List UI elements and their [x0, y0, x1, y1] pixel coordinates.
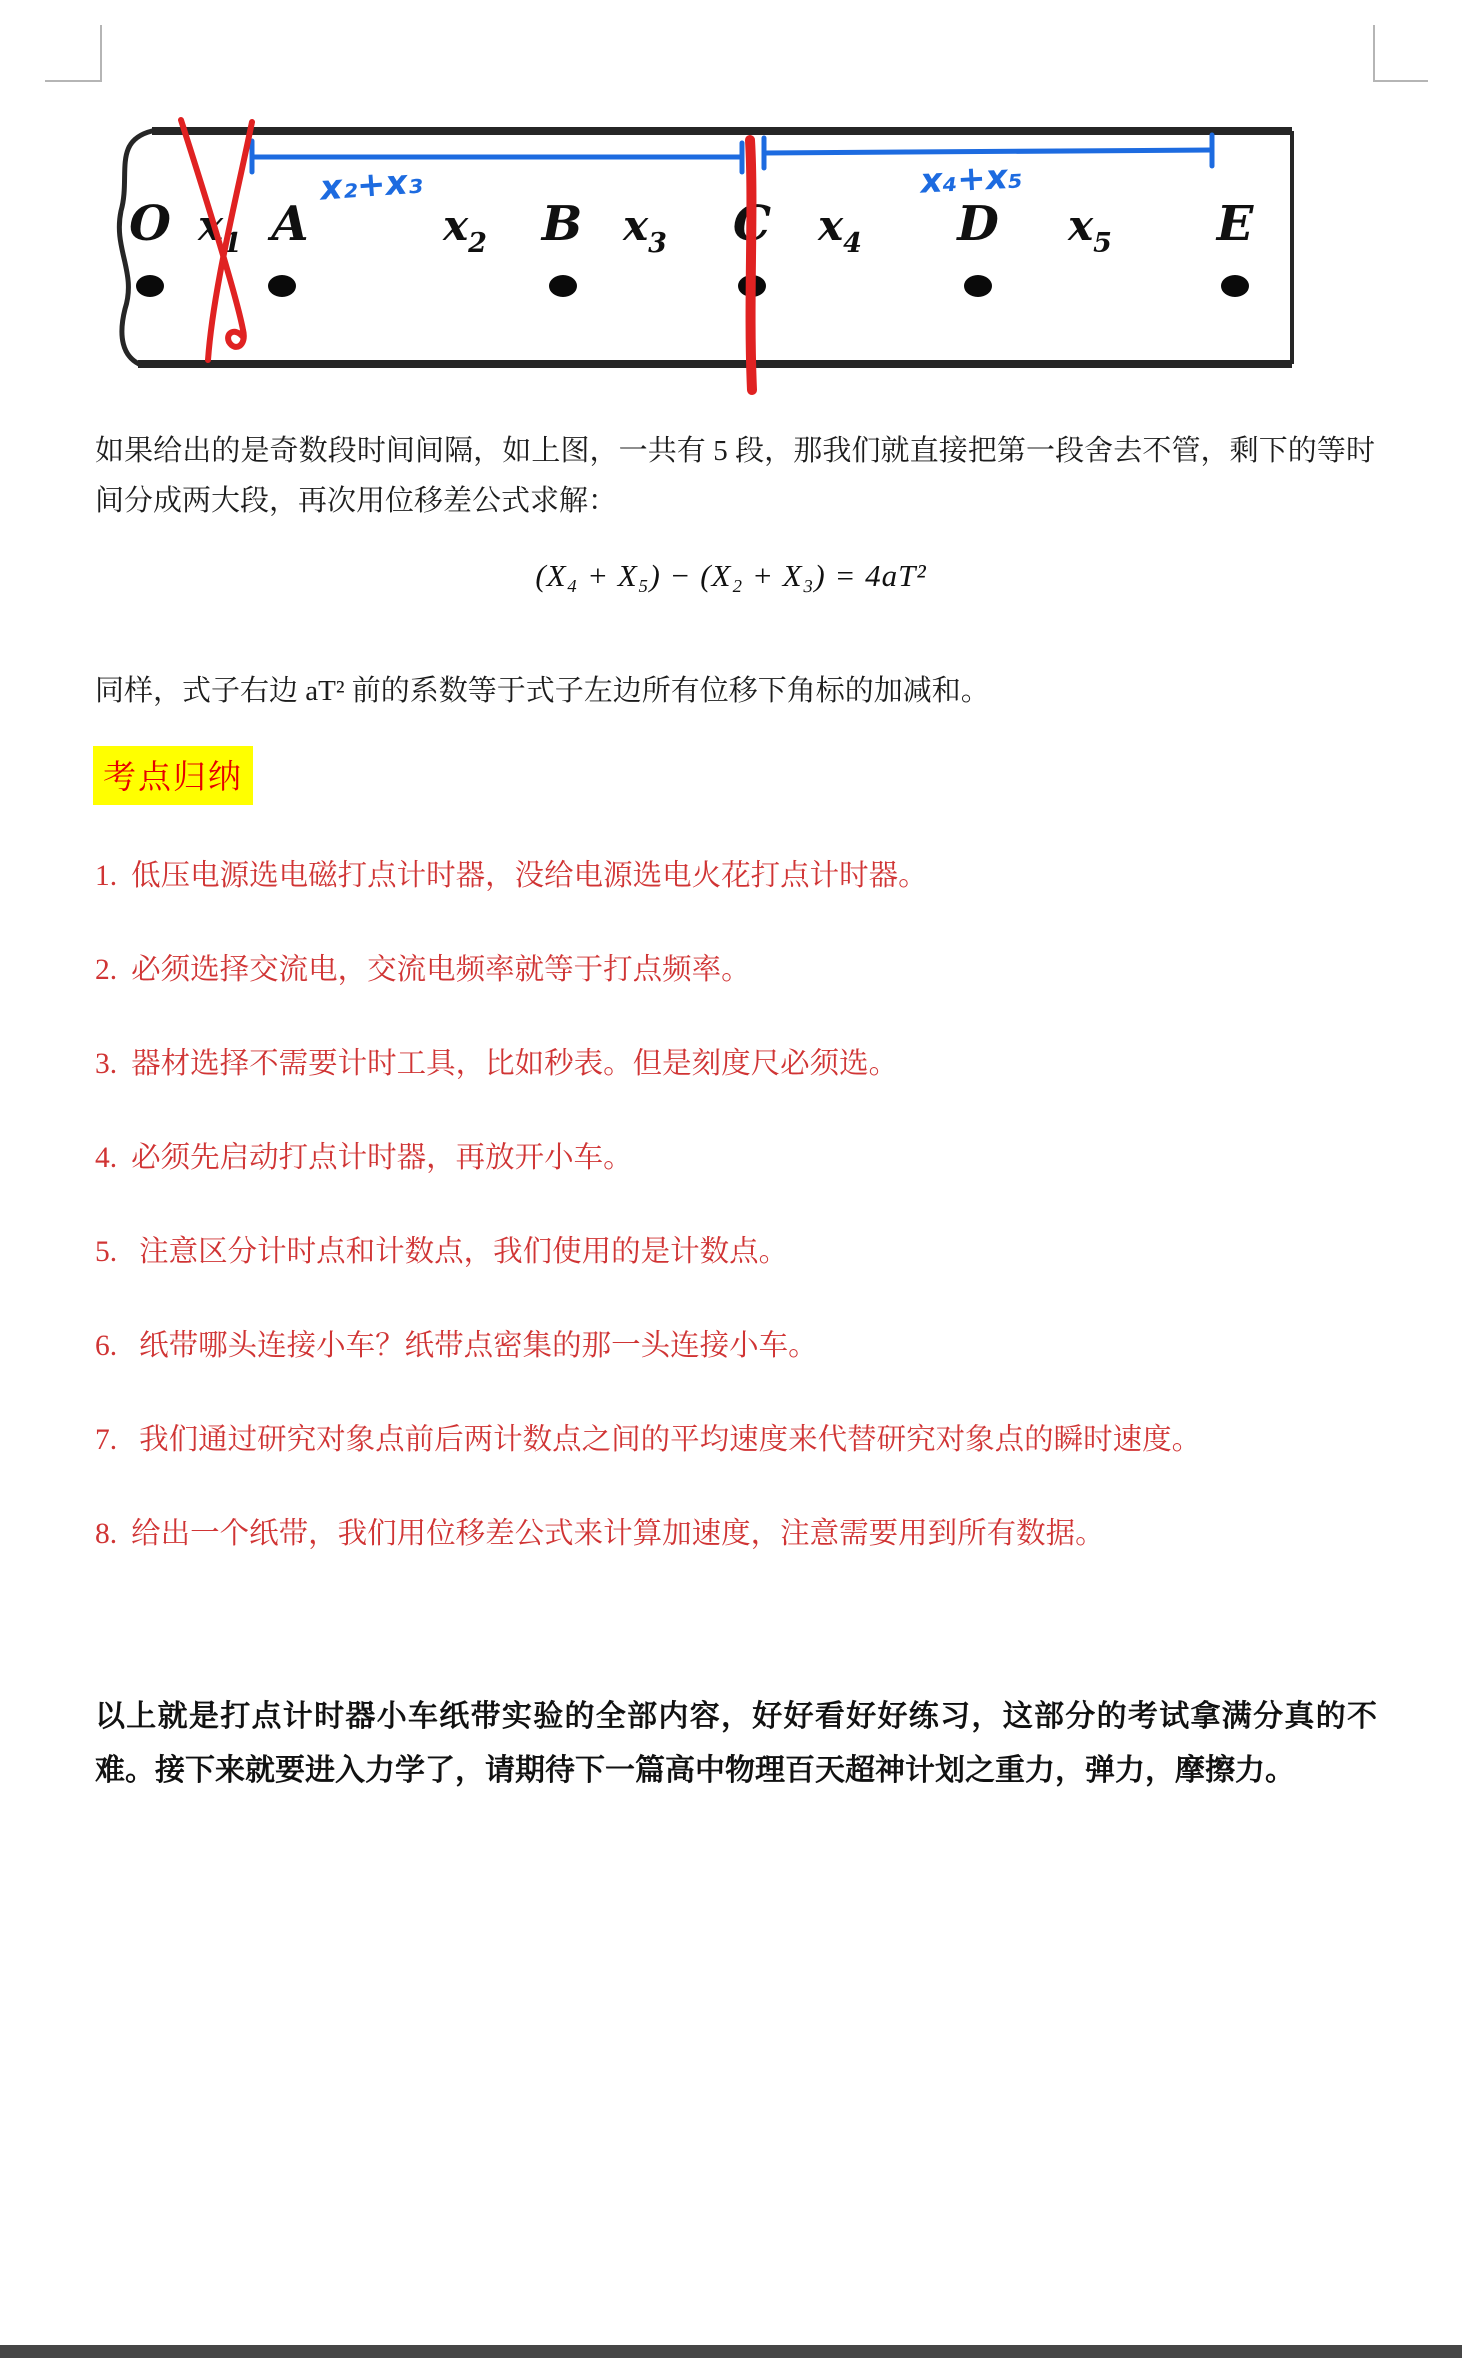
- list-item: 3. 器材选择不需要计时工具，比如秒表。但是刻度尺必须选。: [95, 1040, 1415, 1089]
- document-page: O x1 A x2 B x3 C x4 D x5 E: [0, 0, 1462, 2358]
- blue-bracket-right: [764, 150, 1212, 153]
- list-item: 4. 必须先启动打点计时器，再放开小车。: [95, 1134, 1415, 1183]
- list-item-text: 必须选择交流电，交流电频率就等于打点频率。: [131, 946, 751, 995]
- section-heading-key-points: 考点归纳: [93, 746, 253, 805]
- point-label-E: E: [1215, 196, 1255, 252]
- list-item-number: 7.: [95, 1416, 117, 1465]
- tape-dots: [136, 275, 1249, 297]
- bracket-label-x4-plus-x5: x₄+x₅: [917, 156, 1023, 201]
- list-item-number: 6.: [95, 1322, 117, 1371]
- paragraph-odd-segments: 如果给出的是奇数段时间间隔，如上图，一共有 5 段，那我们就直接把第一段舍去不管…: [95, 426, 1375, 526]
- interval-label-x4: x4: [817, 201, 862, 259]
- crop-mark-top-right: [1373, 25, 1430, 82]
- list-item-text: 纸带哪头连接小车？纸带点密集的那一头连接小车。: [139, 1322, 818, 1371]
- list-item-number: 2.: [95, 946, 117, 995]
- tape-dot: [268, 275, 296, 297]
- tape-dot: [136, 275, 164, 297]
- list-item-text: 我们通过研究对象点前后两计数点之间的平均速度来代替研究对象点的瞬时速度。: [139, 1416, 1201, 1465]
- list-item-number: 4.: [95, 1134, 117, 1183]
- tape-dot: [964, 275, 992, 297]
- displacement-formula: (X₄ + X₅) − (X₂ + X₃) = 4aT²: [0, 558, 1462, 594]
- list-item-text: 低压电源选电磁打点计时器，没给电源选电火花打点计时器。: [131, 852, 928, 901]
- interval-label-x5: x5: [1067, 201, 1112, 259]
- red-divider-line: [750, 140, 752, 390]
- list-item: 8. 给出一个纸带，我们用位移差公式来计算加速度，注意需要用到所有数据。: [95, 1510, 1415, 1559]
- closing-paragraph: 以上就是打点计时器小车纸带实验的全部内容，好好看好好练习，这部分的考试拿满分真的…: [95, 1690, 1377, 1798]
- key-points-list: 1. 低压电源选电磁打点计时器，没给电源选电火花打点计时器。 2. 必须选择交流…: [95, 852, 1415, 1604]
- list-item: 5. 注意区分计时点和计数点，我们使用的是计数点。: [95, 1228, 1415, 1277]
- list-item-text: 器材选择不需要计时工具，比如秒表。但是刻度尺必须选。: [131, 1040, 898, 1089]
- paper-tape-svg: O x1 A x2 B x3 C x4 D x5 E: [78, 63, 1313, 398]
- blue-bracket-labels: x₂+x₃ x₄+x₅: [317, 156, 1024, 208]
- list-item-text: 给出一个纸带，我们用位移差公式来计算加速度，注意需要用到所有数据。: [131, 1510, 1105, 1559]
- list-item: 2. 必须选择交流电，交流电频率就等于打点频率。: [95, 946, 1415, 995]
- point-label-O: O: [129, 196, 171, 252]
- page-bottom-bar: [0, 2345, 1462, 2358]
- paper-tape-figure: O x1 A x2 B x3 C x4 D x5 E: [78, 63, 1313, 398]
- tape-dot: [549, 275, 577, 297]
- point-label-B: B: [540, 196, 583, 252]
- list-item-number: 5.: [95, 1228, 117, 1277]
- list-item: 7. 我们通过研究对象点前后两计数点之间的平均速度来代替研究对象点的瞬时速度。: [95, 1416, 1415, 1465]
- interval-label-x2: x2: [442, 201, 487, 259]
- interval-label-x3: x3: [622, 201, 667, 259]
- list-item-text: 必须先启动打点计时器，再放开小车。: [131, 1134, 633, 1183]
- crop-mark-line: [1373, 25, 1375, 82]
- list-item-number: 8.: [95, 1510, 117, 1559]
- point-label-D: D: [955, 196, 999, 252]
- tape-dot: [1221, 275, 1249, 297]
- list-item: 1. 低压电源选电磁打点计时器，没给电源选电火花打点计时器。: [95, 852, 1415, 901]
- point-label-A: A: [267, 196, 308, 252]
- tape-labels: O x1 A x2 B x3 C x4 D x5 E: [129, 196, 1255, 259]
- crop-mark-line: [1373, 80, 1428, 82]
- paragraph-coefficient-rule: 同样，式子右边 aT² 前的系数等于式子左边所有位移下角标的加减和。: [95, 666, 1375, 716]
- list-item-number: 1.: [95, 852, 117, 901]
- list-item: 6. 纸带哪头连接小车？纸带点密集的那一头连接小车。: [95, 1322, 1415, 1371]
- list-item-number: 3.: [95, 1040, 117, 1089]
- bracket-label-x2-plus-x3: x₂+x₃: [317, 162, 424, 209]
- list-item-text: 注意区分计时点和计数点，我们使用的是计数点。: [139, 1228, 788, 1277]
